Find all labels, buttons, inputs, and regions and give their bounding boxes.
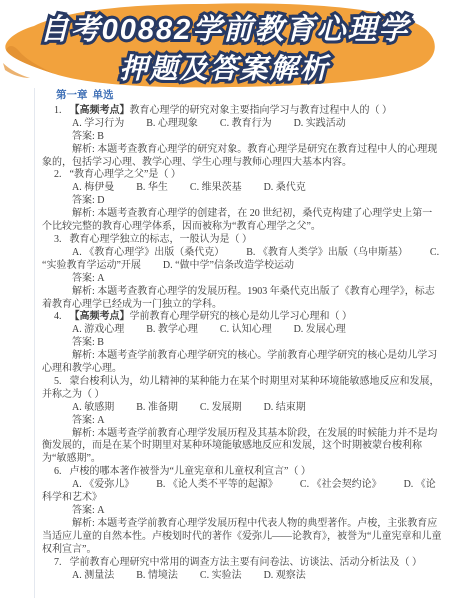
question-options: A. 游戏心理B. 教学心理C. 认知心理D. 发展心理: [42, 324, 442, 337]
answer-line: 答案: A: [42, 505, 442, 518]
question-stem: 6.卢梭的哪本著作被誉为“儿童宪章和儿童权利宣言”（ ）: [42, 466, 442, 479]
question-number: 1.: [54, 105, 62, 116]
question-text: 教育心理学的研究对象主要指向学习与教育过程中人的（ ）: [130, 105, 393, 116]
title-banner: 自考00882学前教育心理学 押题及答案解析: [0, 0, 449, 95]
option-c: C. 教育行为: [220, 118, 272, 129]
analysis-line: 解析: 本题考查教育心理学的创建者，在 20 世纪初，桑代克构建了心理学史上第一…: [42, 208, 442, 234]
document-content: 第一章单选 1.【高频考点】教育心理学的研究对象主要指向学习与教育过程中人的（ …: [42, 90, 442, 582]
question-stem: 3.教育心理学独立的标志，一般认为是（ ）: [42, 234, 442, 247]
option-d: D. “做中学”信条改造学校运动: [163, 260, 294, 271]
analysis-line: 解析: 本题考查学前教育心理学研究的核心。学前教育心理学研究的核心是幼儿学习心理…: [42, 350, 442, 376]
question-item-4: 4.【高频考点】学前教育心理学研究的核心是幼儿学习心理和（ ） A. 游戏心理B…: [42, 311, 442, 376]
section-type-label: 单选: [93, 90, 114, 101]
section-header: 第一章单选: [56, 90, 442, 103]
question-number: 7.: [54, 557, 62, 568]
option-b: B. 《教育人类学》出版（乌申斯基）: [246, 247, 408, 258]
page-title-line1: 自考00882学前教育心理学: [0, 7, 449, 48]
question-text: 卢梭的哪本著作被誉为“儿童宪章和儿童权利宣言”（ ）: [70, 466, 311, 477]
analysis-line: 解析: 本题考查学前教育心理学发展历程中代表人物的典型著作。卢梭，主张教育应当适…: [42, 518, 442, 557]
question-tag: 【高频考点】: [70, 311, 130, 322]
option-d: D. 发展心理: [294, 324, 346, 335]
option-c: C. 发展期: [200, 402, 242, 413]
option-c: C. 《社会契约论》: [300, 479, 382, 490]
option-d: D. 结束期: [264, 402, 306, 413]
answer-line: 答案: B: [42, 131, 442, 144]
question-item-1: 1.【高频考点】教育心理学的研究对象主要指向学习与教育过程中人的（ ） A. 学…: [42, 105, 442, 170]
question-options: A. 敏感期B. 准备期C. 发展期D. 结束期: [42, 402, 442, 415]
option-d: D. 桑代克: [264, 182, 306, 193]
question-number: 3.: [54, 234, 62, 245]
question-number: 4.: [54, 311, 62, 322]
question-text: 学前教育心理学研究的核心是幼儿学习心理和（ ）: [130, 311, 353, 322]
option-c: C. 认知心理: [220, 324, 272, 335]
option-a: A. 测量法: [72, 570, 114, 581]
answer-line: 答案: A: [42, 415, 442, 428]
option-a: A. 梅伊曼: [72, 182, 114, 193]
question-item-3: 3.教育心理学独立的标志，一般认为是（ ） A. 《教育心理学》出版（桑代克）B…: [42, 234, 442, 311]
question-tag: 【高频考点】: [70, 105, 130, 116]
option-b: B. 《论人类不平等的起源》: [156, 479, 278, 490]
question-options: A. 学习行为B. 心理现象C. 教育行为D. 实践活动: [42, 118, 442, 131]
question-text: 学前教育心理研究中常用的调查方法主要有问卷法、访谈法、活动分析法及（ ）: [70, 557, 423, 568]
answer-line: 答案: A: [42, 273, 442, 286]
question-item-7: 7.学前教育心理研究中常用的调查方法主要有问卷法、访谈法、活动分析法及（ ） A…: [42, 557, 442, 583]
option-b: B. 准备期: [136, 402, 178, 413]
chapter-label: 第一章: [56, 90, 88, 101]
question-text: 蒙台梭利认为，幼儿精神的某种能力在某个时期里对某种环境能敏感地反应和发展，并称之…: [42, 376, 440, 400]
option-b: B. 心理现象: [146, 118, 198, 129]
option-d: D. 观察法: [264, 570, 306, 581]
option-b: B. 教学心理: [146, 324, 198, 335]
answer-line: 答案: B: [42, 337, 442, 350]
question-options: A. 《爱弥儿》B. 《论人类不平等的起源》C. 《社会契约论》D. 《论科学和…: [42, 479, 442, 505]
option-b: B. 情境法: [136, 570, 178, 581]
question-stem: 5.蒙台梭利认为，幼儿精神的某种能力在某个时期里对某种环境能敏感地反应和发展，并…: [42, 376, 442, 402]
analysis-line: 解析: 本题考查教育心理学的研究对象。教育心理学是研究在教育过程中人的心理现象的…: [42, 144, 442, 170]
option-a: A. 游戏心理: [72, 324, 124, 335]
question-number: 2.: [54, 169, 62, 180]
analysis-line: 解析: 本题考查教育心理学的发展历程。1903 年桑代克出版了《教育心理学》，标…: [42, 286, 442, 312]
answer-line: 答案: D: [42, 195, 442, 208]
option-c: C. 维果茨基: [190, 182, 242, 193]
question-number: 6.: [54, 466, 62, 477]
question-options: A. 《教育心理学》出版（桑代克）B. 《教育人类学》出版（乌申斯基）C. “实…: [42, 247, 442, 273]
question-item-5: 5.蒙台梭利认为，幼儿精神的某种能力在某个时期里对某种环境能敏感地反应和发展，并…: [42, 376, 442, 466]
question-number: 5.: [54, 376, 62, 387]
question-text: 教育心理学独立的标志，一般认为是（ ）: [70, 234, 253, 245]
option-c: C. 实验法: [200, 570, 242, 581]
page-margin-line: [34, 88, 35, 598]
question-stem: 2.“教育心理学之父”是（ ）: [42, 169, 442, 182]
question-options: A. 梅伊曼B. 华生C. 维果茨基D. 桑代克: [42, 182, 442, 195]
question-stem: 7.学前教育心理研究中常用的调查方法主要有问卷法、访谈法、活动分析法及（ ）: [42, 557, 442, 570]
question-text: “教育心理学之父”是（ ）: [70, 169, 181, 180]
option-a: A. 学习行为: [72, 118, 124, 129]
option-a: A. 敏感期: [72, 402, 114, 413]
question-stem: 4.【高频考点】学前教育心理学研究的核心是幼儿学习心理和（ ）: [42, 311, 442, 324]
option-a: A. 《爱弥儿》: [72, 479, 134, 490]
page-title-line2: 押题及答案解析: [0, 47, 449, 87]
option-b: B. 华生: [136, 182, 168, 193]
analysis-line: 解析: 本题考查学前教育心理学发展历程及其基本阶段，在发展的时候能力并不是均衡发…: [42, 428, 442, 467]
question-stem: 1.【高频考点】教育心理学的研究对象主要指向学习与教育过程中人的（ ）: [42, 105, 442, 118]
question-item-6: 6.卢梭的哪本著作被誉为“儿童宪章和儿童权利宣言”（ ） A. 《爱弥儿》B. …: [42, 466, 442, 556]
question-item-2: 2.“教育心理学之父”是（ ） A. 梅伊曼B. 华生C. 维果茨基D. 桑代克…: [42, 169, 442, 234]
option-d: D. 实践活动: [294, 118, 346, 129]
question-options: A. 测量法B. 情境法C. 实验法D. 观察法: [42, 570, 442, 583]
option-a: A. 《教育心理学》出版（桑代克）: [72, 247, 224, 258]
